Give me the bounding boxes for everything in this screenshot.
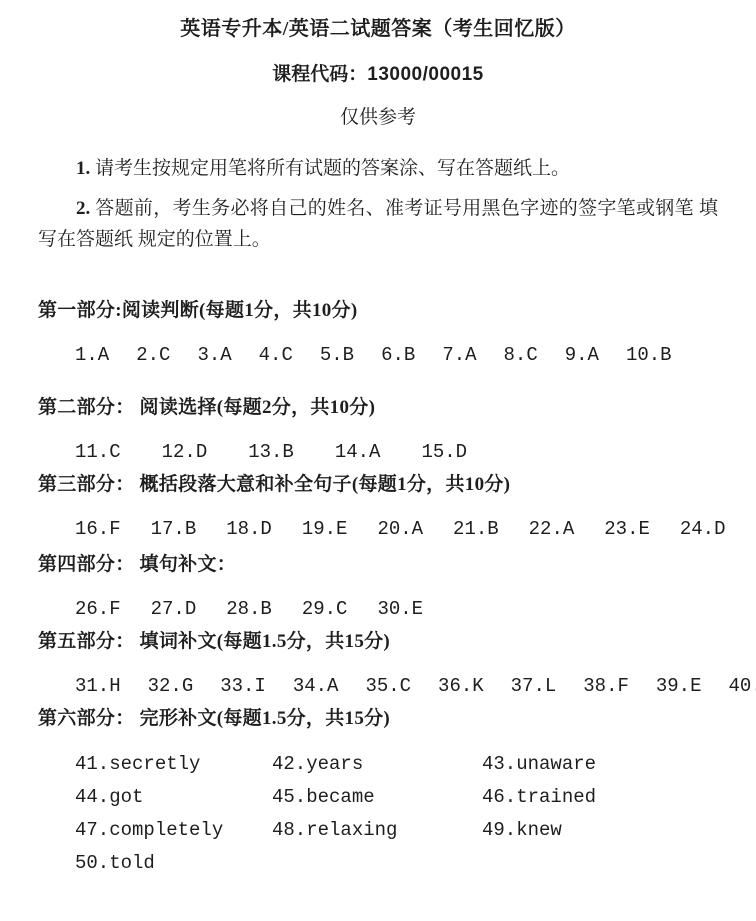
course-code-line: 课程代码：13000/00015 [38, 61, 718, 89]
answer-item: 29.C [302, 595, 348, 623]
course-code-value: 13000/00015 [367, 64, 483, 85]
section-part-2-reading-choice: 第二部分： 阅读选择(每题2分，共10分) 11.C12.D13.B14.A15… [38, 394, 718, 466]
answer-row: 1.A2.C3.A4.C5.B6.B7.A8.C9.A10.B [38, 341, 718, 369]
answer-item: 15.D [421, 438, 467, 466]
section-heading: 第二部分： 阅读选择(每题2分，共10分) [38, 394, 718, 422]
reference-only-note: 仅供参考 [38, 104, 718, 132]
answer-item: 39.E [656, 672, 702, 700]
instruction-2-text: 答题前，考生务必将自己的姓名、准考证号用黑色字迹的签字笔或钢笔 填写在答题纸 规… [38, 198, 718, 250]
answer-key-document: 英语专升本/英语二试题答案（考生回忆版） 课程代码：13000/00015 仅供… [0, 0, 756, 921]
section-heading: 第三部分： 概括段落大意和补全句子(每题1分，共10分) [38, 471, 718, 499]
answer-item: 27.D [151, 595, 197, 623]
section-heading: 第六部分： 完形补文(每题1.5分，共15分) [38, 705, 718, 733]
answer-item: 2.C [136, 341, 170, 369]
answer-item: 34.A [293, 672, 339, 700]
instruction-1-number: 1. [76, 158, 90, 179]
answer-item: 18.D [226, 515, 272, 543]
answer-item: 26.F [75, 595, 121, 623]
answer-row: 26.F27.D28.B29.C30.E [38, 595, 718, 623]
answer-item: 47.completely [75, 816, 272, 844]
answer-item: 38.F [583, 672, 629, 700]
answer-item: 21.B [453, 515, 499, 543]
answer-item: 44.got [75, 783, 272, 811]
answer-item: 32.G [148, 672, 194, 700]
answer-item: 45.became [272, 783, 482, 811]
answer-item: 50.told [75, 849, 272, 877]
answer-item: 5.B [320, 341, 354, 369]
answer-item: 20.A [377, 515, 423, 543]
instruction-2: 2. 答题前，考生务必将自己的姓名、准考证号用黑色字迹的签字笔或钢笔 填写在答题… [38, 193, 718, 255]
instruction-2-number: 2. [76, 198, 90, 219]
answer-item: 12.D [162, 438, 208, 466]
answer-item: 35.C [365, 672, 411, 700]
answer-row: 11.C12.D13.B14.A15.D [38, 438, 718, 466]
answer-item: 14.A [335, 438, 381, 466]
answer-item: 7.A [442, 341, 476, 369]
answer-item: 48.relaxing [272, 816, 482, 844]
answer-item: 28.B [226, 595, 272, 623]
answer-item: 6.B [381, 341, 415, 369]
instruction-1-text: 请考生按规定用笔将所有试题的答案涂、写在答题纸上。 [90, 158, 570, 179]
answer-item: 8.C [504, 341, 538, 369]
answer-item: 19.E [302, 515, 348, 543]
section-part-3-paragraph-summary: 第三部分： 概括段落大意和补全句子(每题1分，共10分) 16.F17.B18.… [38, 471, 718, 543]
section-heading: 第四部分： 填句补文： [38, 551, 718, 579]
answer-item: 17.B [151, 515, 197, 543]
section-part-6-cloze-completion: 第六部分： 完形补文(每题1.5分，共15分) 41.secretly42.ye… [38, 705, 718, 877]
answer-item: 1.A [75, 341, 109, 369]
section-heading: 第五部分： 填词补文(每题1.5分，共15分) [38, 628, 718, 656]
answer-item: 10.B [626, 341, 672, 369]
answer-item: 24.D [680, 515, 726, 543]
answer-item: 23.E [604, 515, 650, 543]
instruction-1: 1. 请考生按规定用笔将所有试题的答案涂、写在答题纸上。 [38, 153, 718, 184]
document-title: 英语专升本/英语二试题答案（考生回忆版） [38, 14, 718, 44]
answer-item: 37.L [511, 672, 557, 700]
answer-item: 13.B [248, 438, 294, 466]
answer-item: 36.K [438, 672, 484, 700]
answer-row: 31.H32.G33.I34.A35.C36.K37.L38.F39.E40.D [38, 672, 718, 700]
answer-item: 9.A [565, 341, 599, 369]
answer-item: 31.H [75, 672, 121, 700]
section-part-4-sentence-completion: 第四部分： 填句补文： 26.F27.D28.B29.C30.E [38, 551, 718, 623]
answer-grid: 41.secretly42.years43.unaware44.got45.be… [38, 750, 718, 877]
answer-row: 16.F17.B18.D19.E20.A21.B22.A23.E24.D25.K [38, 515, 718, 543]
answer-item: 3.A [197, 341, 231, 369]
answer-item: 4.C [259, 341, 293, 369]
answer-item: 40.D [728, 672, 756, 700]
section-part-1-reading-judgment: 第一部分:阅读判断(每题1分，共10分) 1.A2.C3.A4.C5.B6.B7… [38, 297, 718, 369]
answer-item: 30.E [377, 595, 423, 623]
answer-item: 22.A [529, 515, 575, 543]
answer-item: 42.years [272, 750, 482, 778]
section-heading: 第一部分:阅读判断(每题1分，共10分) [38, 297, 718, 325]
answer-item: 11.C [75, 438, 121, 466]
answer-item: 43.unaware [482, 750, 718, 778]
course-code-label: 课程代码： [272, 64, 367, 85]
answer-item: 33.I [220, 672, 266, 700]
answer-item: 49.knew [482, 816, 718, 844]
answer-item: 41.secretly [75, 750, 272, 778]
section-part-5-word-completion: 第五部分： 填词补文(每题1.5分，共15分) 31.H32.G33.I34.A… [38, 628, 718, 700]
answer-item: 16.F [75, 515, 121, 543]
answer-item: 46.trained [482, 783, 718, 811]
